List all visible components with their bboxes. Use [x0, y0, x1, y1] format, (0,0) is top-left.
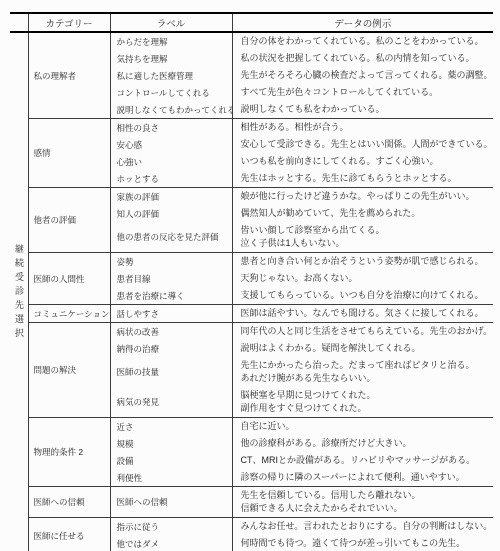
data-cell: 私の状況を把握してくれている。私の内情を知っている。 — [232, 50, 493, 67]
category-cell: コミュニケーション — [28, 305, 110, 323]
category-cell: 医師の人間性 — [28, 253, 110, 305]
label-cell: 近さ — [110, 418, 232, 436]
label-cell: からだを理解 — [110, 32, 232, 50]
data-cell: 患者と向き合い何とか治そうという姿勢が肌で感じられる。 — [232, 253, 493, 271]
table-row: コミュニケーション 話しやすさ 医師は話やすい。なんでも聞ける。気さくに接してく… — [10, 305, 493, 323]
label-cell: 患者を治療に導く — [110, 287, 232, 305]
data-cell: 先生を信頼している。信用したら離れない。 信頼できる人に会えたからそれでいい。 — [232, 487, 493, 518]
side-cell: 継続受診先選択 — [10, 32, 28, 551]
data-cell: 説明はよくわかる。疑問を解決してくれる。 — [232, 340, 493, 357]
page: カテゴリー ラベル データの例示 継続受診先選択 私の理解者 からだを理解 自分… — [0, 0, 500, 551]
header-data: データの例示 — [232, 13, 493, 32]
category-cell: 物理的条件 2 — [28, 418, 110, 487]
label-cell: コントロールしてくれる — [110, 84, 232, 101]
label-cell: 医師への信頼 — [110, 487, 232, 518]
data-cell: 何時間でも待つ。遠くて待つが差っ引いてもこの先生。 — [232, 535, 493, 551]
data-cell: 脳梗塞を早期に見つけてくれた。 副作用をすぐ見つけてくれた。 — [232, 387, 493, 418]
label-cell: 医師の技量 — [110, 357, 232, 387]
header-side-cell — [10, 13, 28, 32]
data-cell: 他の診療科がある。診療所だけど大きい。 — [232, 435, 493, 452]
table-row: 他者の評価 家族の評価 娘が他に行ったけど違うかな。やっぱりこの先生がいい。 — [10, 188, 493, 206]
category-cell: 問題の解決 — [28, 323, 110, 418]
data-cell: すべて先生が色々コントロールしてくれている。 — [232, 84, 493, 101]
category-cell: 医師への信頼 — [28, 487, 110, 518]
table-row: 医師に任せる 指示に従う みんなお任せ。言われたとおりにする。自分の判断はしない… — [10, 518, 493, 536]
label-cell: 説明しなくてもわかってくれる — [110, 101, 232, 119]
label-cell: 病状の改善 — [110, 323, 232, 341]
label-cell: 気持ちを理解 — [110, 50, 232, 67]
table-row: 物理的条件 2 近さ 自宅に近い。 — [10, 418, 493, 436]
table-row: 医師への信頼 医師への信頼 先生を信頼している。信用したら離れない。 信頼できる… — [10, 487, 493, 518]
data-cell: 医師は話やすい。なんでも聞ける。気さくに接してくれる。 — [232, 305, 493, 323]
data-cell: 先生にかかったら治った。だまって座ればピタリと治る。 あれだけ腕がある先生ならい… — [232, 357, 493, 387]
category-cell: 医師に任せる — [28, 518, 110, 551]
data-cell: 説明しなくても私をわかっている。 — [232, 101, 493, 119]
data-cell: 自宅に近い。 — [232, 418, 493, 436]
label-cell: 規模 — [110, 435, 232, 452]
label-cell: 相性の良さ — [110, 119, 232, 137]
data-cell: 安心して受診できる。先生とはいい関係。人間ができている。 — [232, 136, 493, 153]
data-cell: 同年代の人と同じ生活をさせてもらえている。先生のおかげ。 — [232, 323, 493, 341]
data-cell: 先生がそろそろ心臓の検査だよって言ってくれる。薬の調整。 — [232, 67, 493, 84]
label-cell: 指示に従う — [110, 518, 232, 536]
side-vertical-label: 継続受診先選択 — [10, 244, 28, 342]
header-row: カテゴリー ラベル データの例示 — [10, 13, 493, 32]
header-label: ラベル — [110, 13, 232, 32]
label-cell: 姿勢 — [110, 253, 232, 271]
category-cell: 感情 — [28, 119, 110, 188]
label-cell: 他の患者の反応を見た評価 — [110, 222, 232, 253]
category-cell: 私の理解者 — [28, 32, 110, 119]
data-cell: 相性がある。相性が合う。 — [232, 119, 493, 137]
label-cell: 知人の評価 — [110, 205, 232, 222]
label-cell: 納得の治療 — [110, 340, 232, 357]
label-cell: 他ではダメ — [110, 535, 232, 551]
category-cell: 他者の評価 — [28, 188, 110, 253]
label-cell: 心強い — [110, 153, 232, 170]
data-cell: CT、MRIとか設備がある。リハビリやマッサージがある。 — [232, 452, 493, 469]
label-cell: 話しやすさ — [110, 305, 232, 323]
label-cell: 患者目線 — [110, 270, 232, 287]
table-row: 医師の人間性 姿勢 患者と向き合い何とか治そうという姿勢が肌で感じられる。 — [10, 253, 493, 271]
label-cell: 家族の評価 — [110, 188, 232, 206]
data-cell: みんなお任せ。言われたとおりにする。自分の判断はしない。 — [232, 518, 493, 536]
data-cell: 自分の体をわかってくれている。私のことをわかっている。 — [232, 32, 493, 50]
data-cell: いつも私を前向きにしてくれる。すごく心強い。 — [232, 153, 493, 170]
data-cell: 支援してもらっている。いつも自分を治療に向けてくれる。 — [232, 287, 493, 305]
data-cell: 診察の帰りに隣のスーパーによれて便利。通いやすい。 — [232, 469, 493, 487]
label-cell: 私に適した医療管理 — [110, 67, 232, 84]
table-row: 問題の解決 病状の改善 同年代の人と同じ生活をさせてもらえている。先生のおかげ。 — [10, 323, 493, 341]
data-cell: 先生はホッとする。先生に診てもらうとホッとする。 — [232, 170, 493, 188]
label-cell: 病気の発見 — [110, 387, 232, 418]
table-row: 継続受診先選択 私の理解者 からだを理解 自分の体をわかってくれている。私のこと… — [10, 32, 493, 50]
data-cell: 娘が他に行ったけど違うかな。やっぱりこの先生がいい。 — [232, 188, 493, 206]
header-category: カテゴリー — [28, 13, 110, 32]
label-cell: ホッとする — [110, 170, 232, 188]
data-cell: 皆いい顔して診察室から出てくる。 泣く子供は1人もいない。 — [232, 222, 493, 253]
label-cell: 設備 — [110, 452, 232, 469]
label-cell: 安心感 — [110, 136, 232, 153]
table-row: 感情 相性の良さ 相性がある。相性が合う。 — [10, 119, 493, 137]
category-table: カテゴリー ラベル データの例示 継続受診先選択 私の理解者 からだを理解 自分… — [10, 12, 493, 551]
data-cell: 偶然知人が勧めていて、先生を薦められた。 — [232, 205, 493, 222]
label-cell: 利便性 — [110, 469, 232, 487]
data-cell: 天狗じゃない。お高くない。 — [232, 270, 493, 287]
